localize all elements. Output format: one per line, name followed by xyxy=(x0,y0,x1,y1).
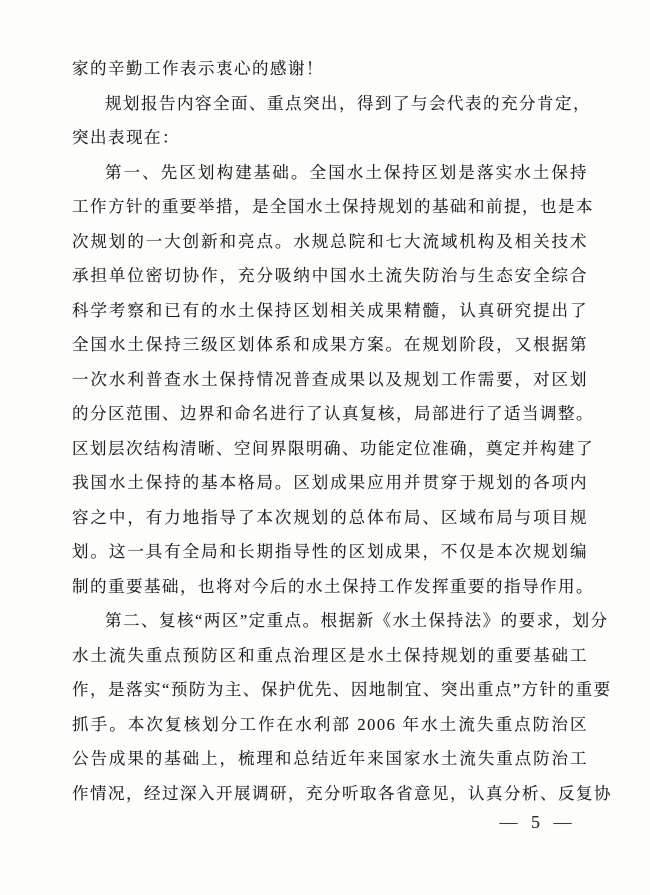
text-line: 第二、复核“两区”定重点。根据新《水土保持法》的要求，划分 xyxy=(72,604,588,639)
text-line: 全国水土保持三级区划体系和成果方案。在规划阶段，又根据第 xyxy=(72,328,588,363)
text-line: 突出表现在： xyxy=(72,121,588,156)
text-line: 工作方针的重要举措，是全国水土保持规划的基础和前提，也是本 xyxy=(72,190,588,225)
text-line: 我国水土保持的基本格局。区划成果应用并贯穿于规划的各项内 xyxy=(72,466,588,501)
text-line: 容之中，有力地指导了本次规划的总体布局、区域布局与项目规 xyxy=(72,501,588,536)
text-line: 作，是落实“预防为主、保护优先、因地制宜、突出重点”方针的重要 xyxy=(72,673,588,708)
text-line: 公告成果的基础上，梳理和总结近年来国家水土流失重点防治工 xyxy=(72,742,588,777)
text-line: 区划层次结构清晰、空间界限明确、功能定位准确，奠定并构建了 xyxy=(72,432,588,467)
text-line: 家的辛勤工作表示衷心的感谢！ xyxy=(72,52,588,87)
text-line: 划。这一具有全局和长期指导性的区划成果，不仅是本次规划编 xyxy=(72,535,588,570)
text-line: 抓手。本次复核划分工作在水利部 2006 年水土流失重点防治区 xyxy=(72,708,588,743)
text-line: 水土流失重点预防区和重点治理区是水土保持规划的重要基础工 xyxy=(72,639,588,674)
page-number: — 5 — xyxy=(452,806,620,838)
scanned-document-page: 家的辛勤工作表示衷心的感谢！ 规划报告内容全面、重点突出，得到了与会代表的充分肯… xyxy=(0,0,650,895)
text-line: 承担单位密切协作，充分吸纳中国水土流失防治与生态安全综合 xyxy=(72,259,588,294)
text-line: 的分区范围、边界和命名进行了认真复核，局部进行了适当调整。 xyxy=(72,397,588,432)
document-body: 家的辛勤工作表示衷心的感谢！ 规划报告内容全面、重点突出，得到了与会代表的充分肯… xyxy=(72,52,588,811)
text-line: 制的重要基础，也将对今后的水土保持工作发挥重要的指导作用。 xyxy=(72,570,588,605)
text-line: 次规划的一大创新和亮点。水规总院和七大流域机构及相关技术 xyxy=(72,225,588,260)
text-line: 规划报告内容全面、重点突出，得到了与会代表的充分肯定， xyxy=(72,87,588,122)
text-line: 一次水利普查水土保持情况普查成果以及规划工作需要，对区划 xyxy=(72,363,588,398)
text-line: 第一、先区划构建基础。全国水土保持区划是落实水土保持 xyxy=(72,156,588,191)
text-line: 科学考察和已有的水土保持区划相关成果精髓，认真研究提出了 xyxy=(72,294,588,329)
